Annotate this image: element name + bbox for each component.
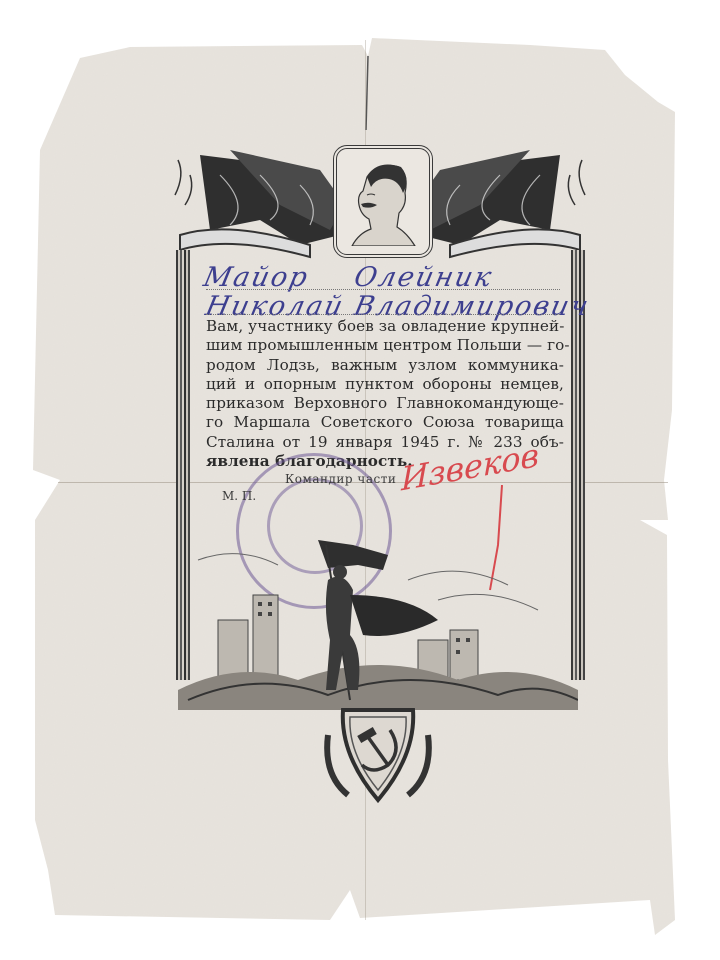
name-dotted-line-1: [206, 289, 560, 290]
soldier-with-flag-illustration: [178, 540, 578, 710]
body-line: Вам, участнику боев за овладение крупней…: [206, 317, 564, 336]
commander-label: Командир части: [285, 472, 396, 486]
body-line: шим промышленным центром Польши — го-: [206, 336, 564, 355]
body-line: ций и опорным пунктом обороны немцев,: [206, 375, 564, 394]
seal-place-label: М. П.: [222, 489, 256, 503]
portrait-frame: [333, 145, 433, 258]
body-line: го Маршала Советского Союза товарища: [206, 413, 564, 432]
certificate-sheet: МайорОлейник Николай Владимирович Вам, у…: [0, 0, 720, 960]
body-line: приказом Верховного Главнокомандующе-: [206, 394, 564, 413]
portrait-illustration: [337, 149, 421, 246]
name-dotted-line-2: [206, 314, 560, 315]
body-line: родом Лодзь, важным узлом коммуника-: [206, 356, 564, 375]
hammer-sickle-shield-emblem: [318, 695, 438, 810]
